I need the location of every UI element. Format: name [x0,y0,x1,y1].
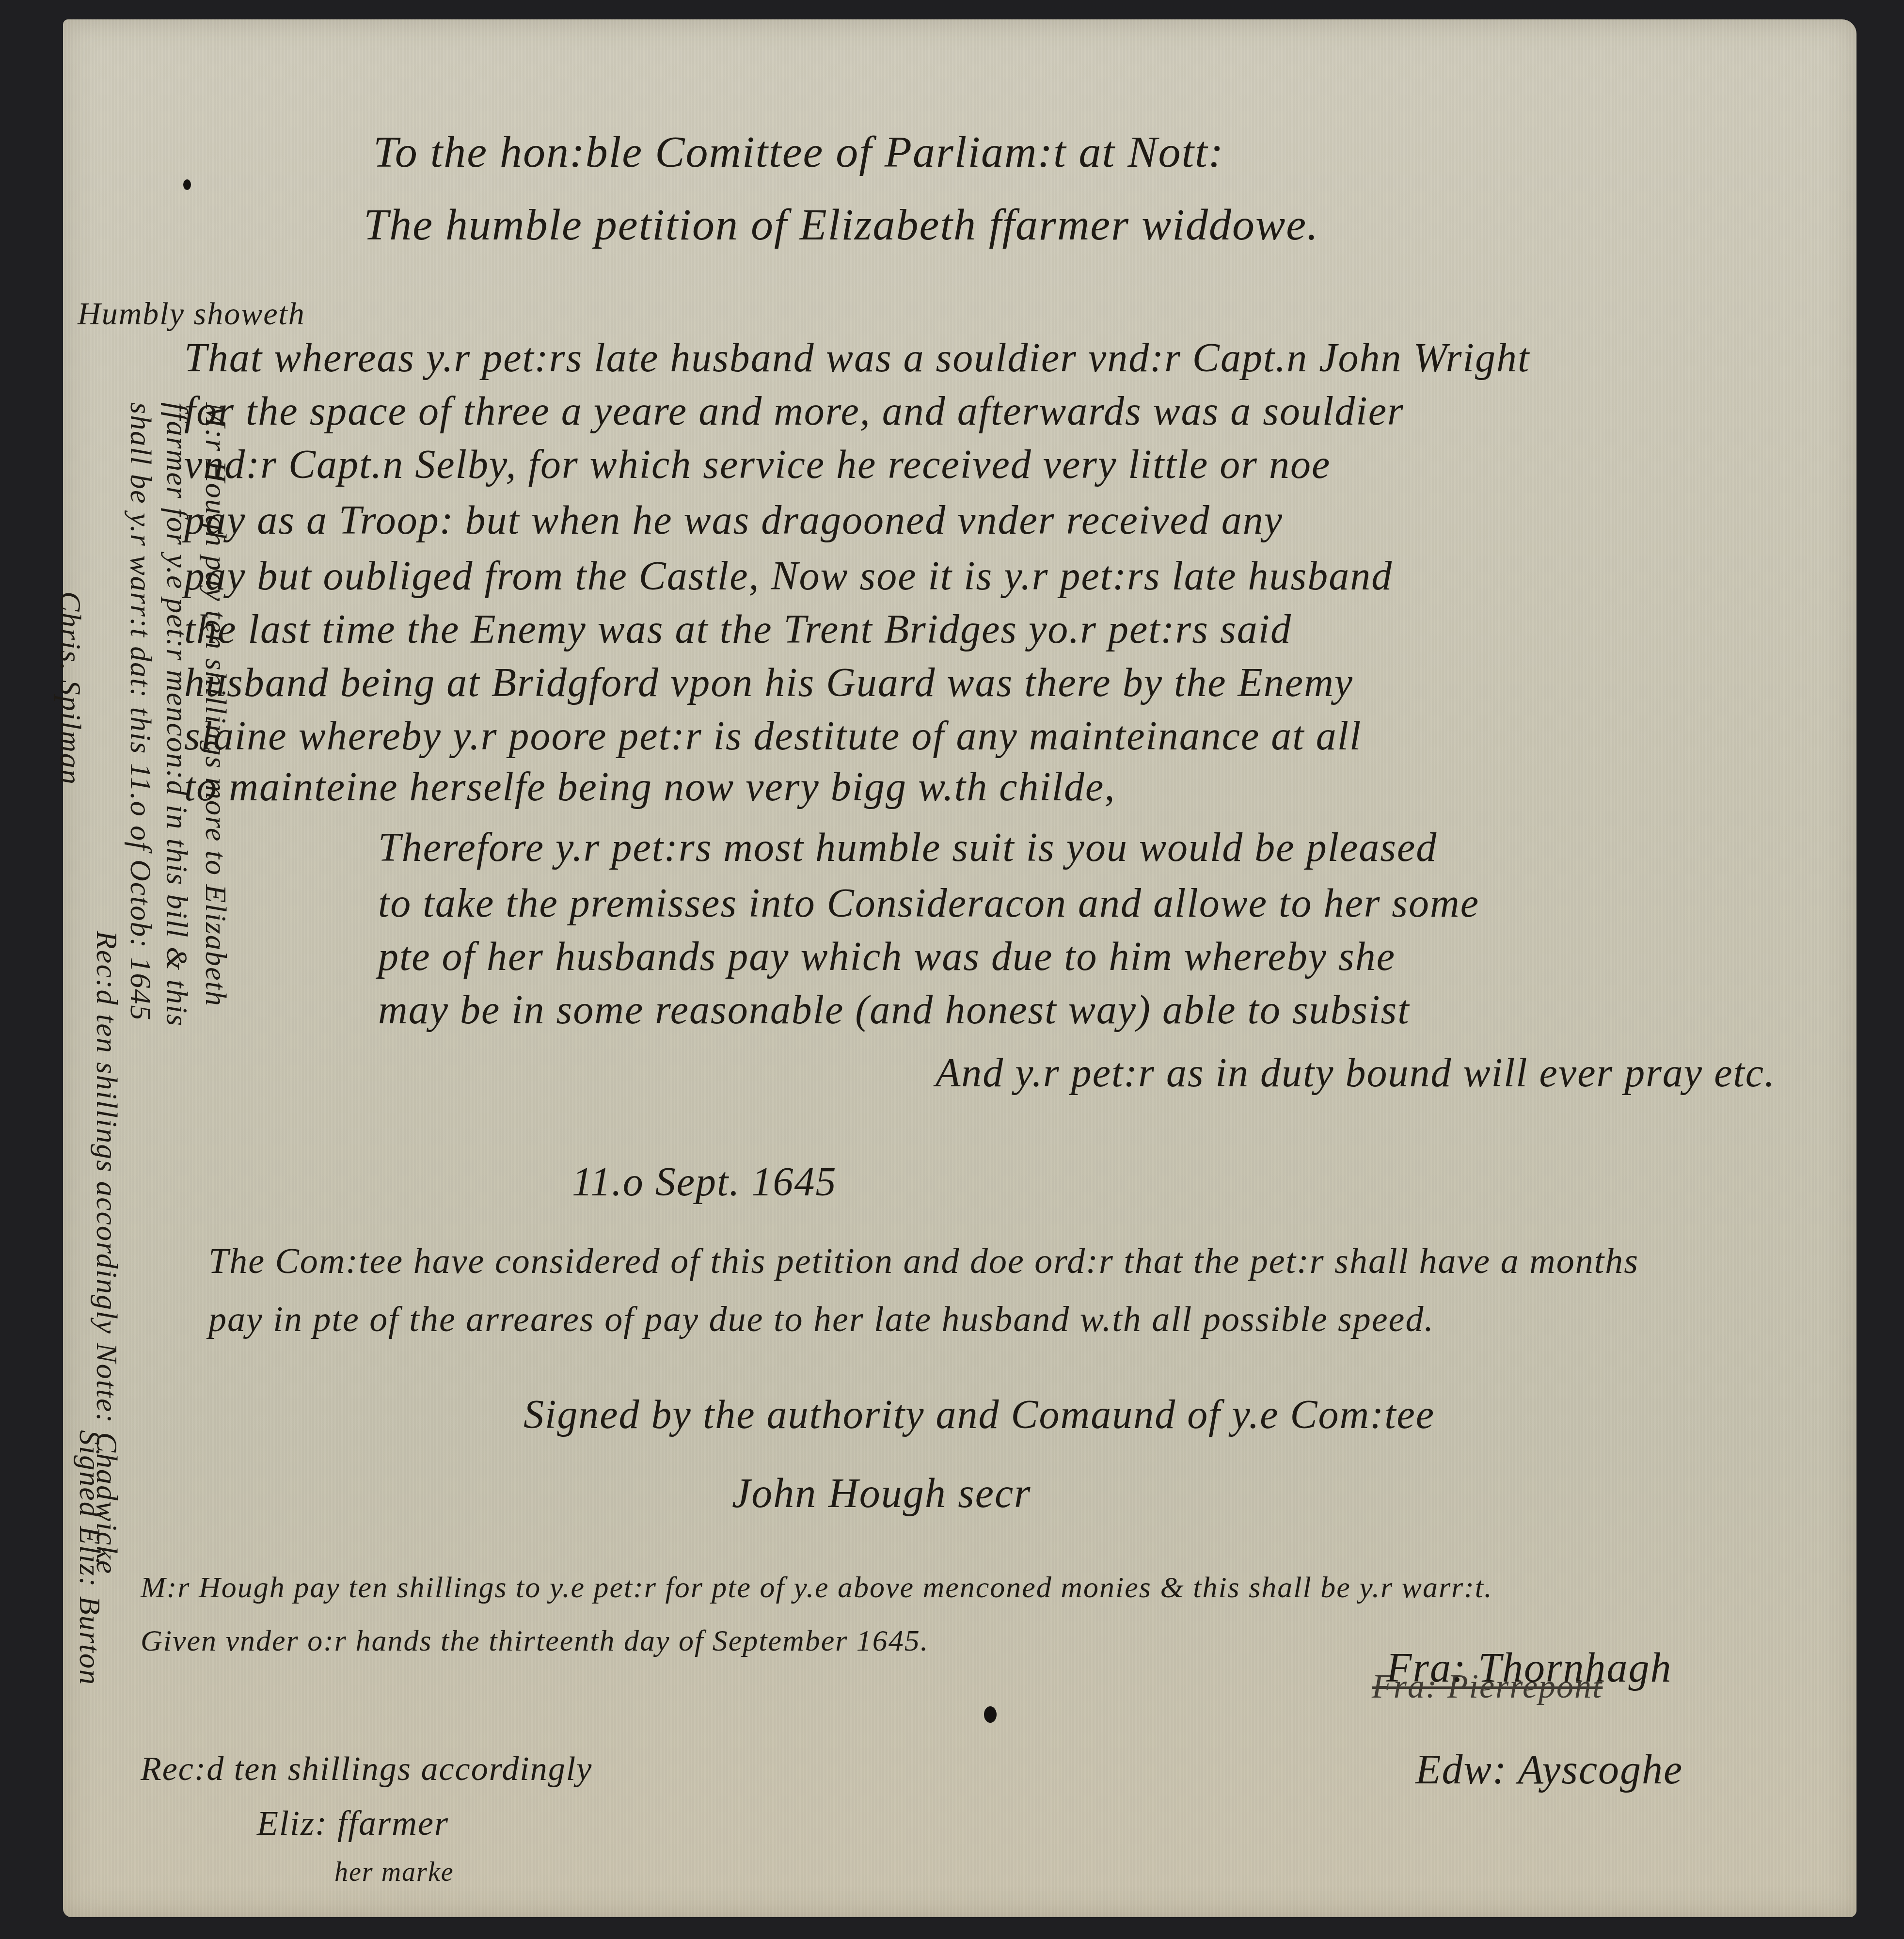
order-line: pay in pte of the arreares of pay due to… [208,1299,1434,1340]
margin-note: Chris. Spilman [53,591,87,785]
prayer-line: pte of her husbands pay which was due to… [378,933,1396,980]
body-line: to mainteine herselfe being now very big… [184,763,1115,811]
order-line: The Com:tee have considered of this peti… [208,1241,1639,1282]
prayer-line: Therefore y.r pet:rs most humble suit is… [378,824,1437,871]
margin-note: Signed Eliz: Burton [72,1430,107,1685]
receipt-mark-note: her marke [334,1857,454,1888]
manuscript-page: To the hon:ble Comittee of Parliam:t at … [63,19,1856,1917]
secretary-signature: John Hough secr [732,1469,1031,1517]
ink-blot [183,179,191,190]
receipt-signature: Eliz: ffarmer [257,1803,449,1844]
heading-petition-title: The humble petition of Elizabeth ffarmer… [364,199,1319,250]
body-line: husband being at Bridgford vpon his Guar… [184,659,1353,706]
ink-blot [984,1706,997,1723]
body-line: pay but oubliged from the Castle, Now so… [184,553,1393,600]
heading-address: To the hon:ble Comittee of Parliam:t at … [373,126,1224,177]
warrant-signature: Fra: Thornhagh [1386,1643,1672,1692]
margin-note: M:r Hough pay ten shillings more to Eliz… [198,402,233,1007]
body-line: That whereas y.r pet:rs late husband was… [184,334,1530,381]
body-line: for the space of three a yeare and more,… [184,388,1404,435]
body-line: slaine whereby y.r poore pet:r is destit… [184,713,1362,760]
body-line: pay as a Troop: but when he was dragoone… [184,497,1283,544]
receipt-line: Rec:d ten shillings accordingly [141,1750,592,1789]
body-line: vnd:r Capt.n Selby, for which service he… [184,441,1331,488]
signed-line: Signed by the authority and Comaund of y… [524,1391,1435,1438]
order-date: 11.o Sept. 1645 [572,1159,837,1206]
warrant-line: M:r Hough pay ten shillings to y.e pet:r… [141,1571,1493,1605]
body-line: the last time the Enemy was at the Trent… [184,606,1292,653]
closing-line: And y.r pet:r as in duty bound will ever… [936,1049,1776,1097]
warrant-line: Given vnder o:r hands the thirteenth day… [141,1624,929,1658]
margin-note: ffarmer for y.e pet:r mencon:d in this b… [159,402,194,1027]
warrant-signature: Edw: Ayscoghe [1415,1745,1683,1794]
prayer-line: to take the premisses into Consideracon … [378,880,1479,927]
salutation: Humbly showeth [78,296,305,333]
prayer-line: may be in some reasonable (and honest wa… [378,986,1410,1033]
margin-note: shall be y.r warr:t dat: this 11.o of Oc… [123,402,158,1021]
